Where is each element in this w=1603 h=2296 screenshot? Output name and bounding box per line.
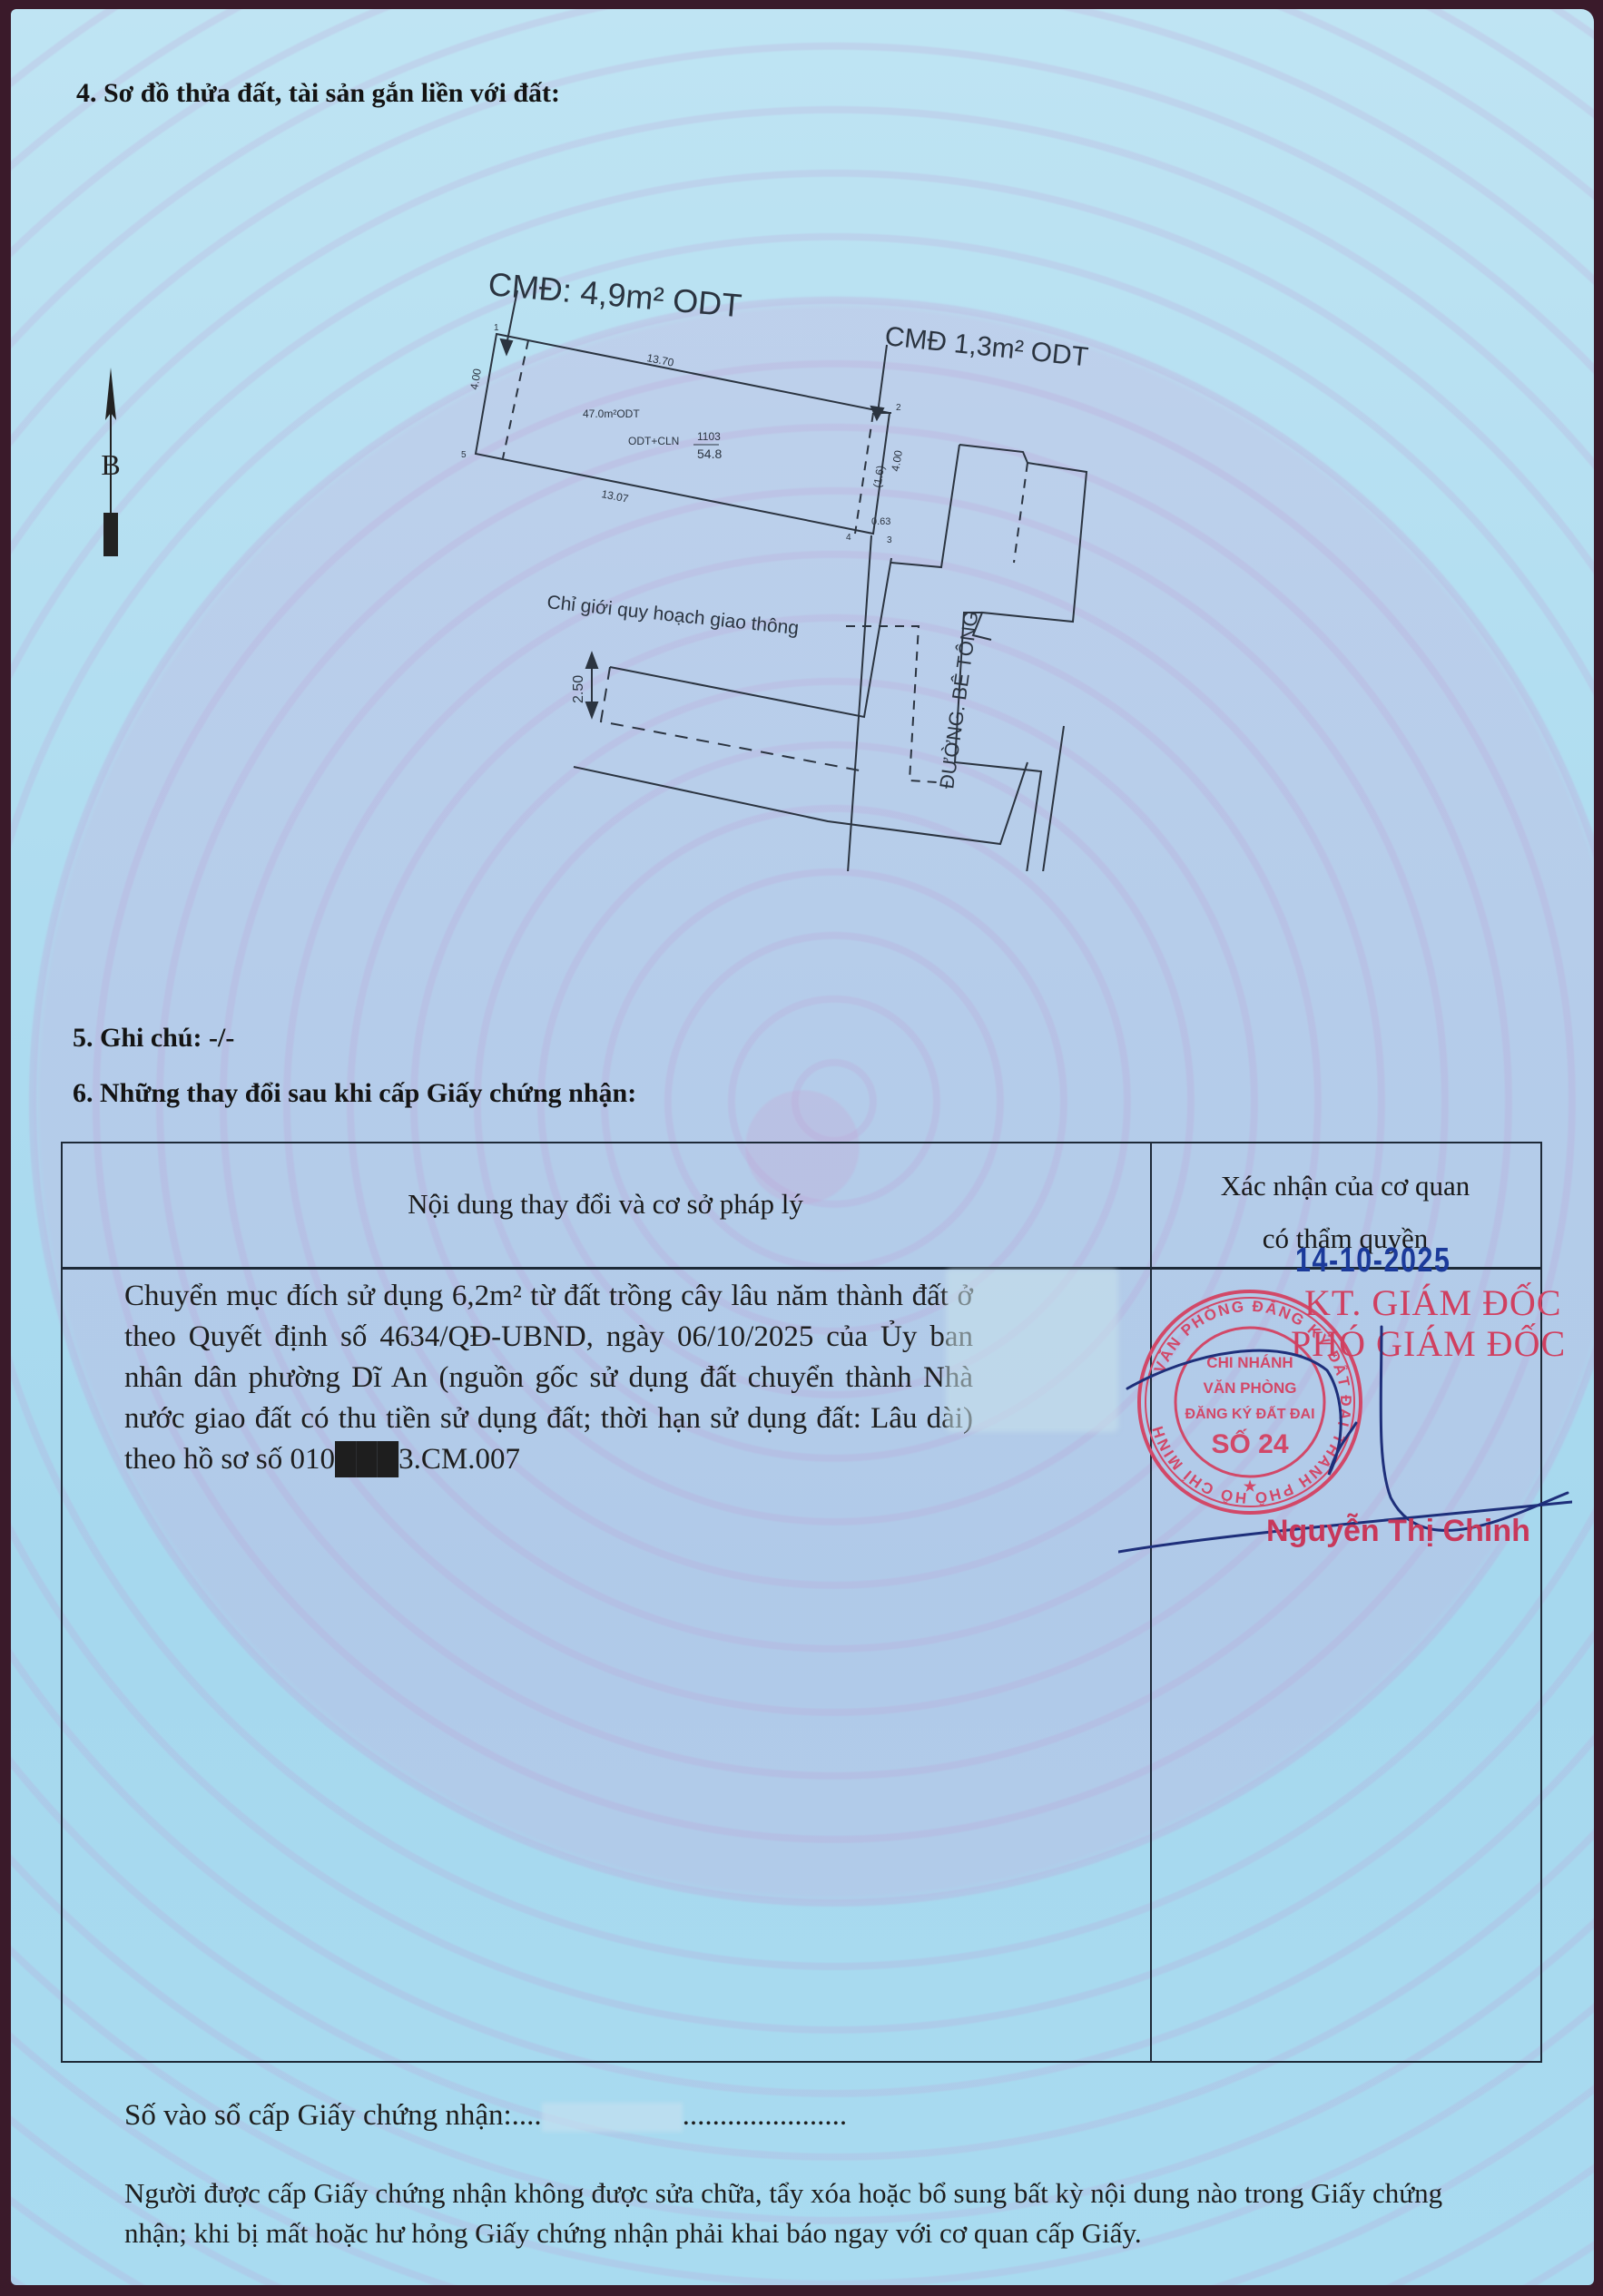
edge-bottom: 13.07 — [600, 487, 629, 505]
edge-top: 13.70 — [645, 351, 674, 369]
section-6-heading: 6. Những thay đổi sau khi cấp Giấy chứng… — [73, 1078, 636, 1109]
approval-date-stamp: 14-10-2025 — [1295, 1241, 1451, 1280]
section-5-heading: 5. Ghi chú: -/- — [73, 1023, 234, 1054]
header-approval-line-1: Xác nhận của cơ quan — [1150, 1160, 1540, 1212]
parcel-area: 54.8 — [697, 446, 722, 461]
north-arrow-icon: B — [94, 368, 127, 558]
corner-5: 5 — [461, 450, 467, 460]
cmd-right-annotation: CMĐ 1,3m² ODT — [883, 321, 1089, 372]
registry-trailer: ...................... — [683, 2099, 848, 2132]
header-content-column: Nội dung thay đổi và cơ sở pháp lý — [61, 1142, 1150, 1267]
planning-label: Chỉ giới quy hoạch giao thông — [546, 592, 800, 639]
edge-right: 4.00 — [889, 449, 905, 473]
parcel-number: 1103 — [697, 430, 721, 443]
certificate-page: 4. Sơ đồ thửa đất, tài sản gắn liền với … — [11, 9, 1594, 2285]
section-4-heading: 4. Sơ đồ thửa đất, tài sản gắn liền với … — [76, 78, 560, 109]
change-content: Chuyển mục đích sử dụng 6,2m² từ đất trồ… — [124, 1276, 973, 1480]
registry-leader: .... — [512, 2099, 542, 2132]
edge-right-small: 0.63 — [871, 516, 890, 527]
edge-right-inner: (1.6) — [870, 465, 887, 489]
redacted-block — [946, 1269, 1118, 1432]
registry-value-redacted — [542, 2103, 683, 2132]
road-label: ĐƯỜNG. BÊ TÔNG — [935, 610, 982, 790]
corner-3: 3 — [887, 535, 892, 545]
corner-4: 4 — [846, 533, 851, 543]
setback-label: 2.50 — [571, 675, 586, 703]
parcel-diagram: CMĐ: 4,9m² ODT CMĐ 1,3m² ODT 47.0m²ODT O… — [447, 254, 1100, 871]
signer-name: Nguyễn Thị Chinh — [1266, 1514, 1530, 1549]
edge-left: 4.00 — [467, 368, 484, 391]
corner-2: 2 — [896, 403, 901, 413]
compass-label: B — [101, 448, 120, 481]
corner-1: 1 — [494, 323, 499, 333]
area-label: 47.0m²ODT — [583, 407, 640, 420]
registry-label: Số vào sổ cấp Giấy chứng nhận: — [124, 2099, 512, 2132]
land-type-label: ODT+CLN — [628, 435, 679, 447]
certificate-notice: Người được cấp Giấy chứng nhận không đượ… — [124, 2173, 1504, 2253]
registry-number-line: Số vào sổ cấp Giấy chứng nhận:..........… — [124, 2099, 847, 2133]
cmd-left-annotation: CMĐ: 4,9m² ODT — [487, 265, 743, 324]
